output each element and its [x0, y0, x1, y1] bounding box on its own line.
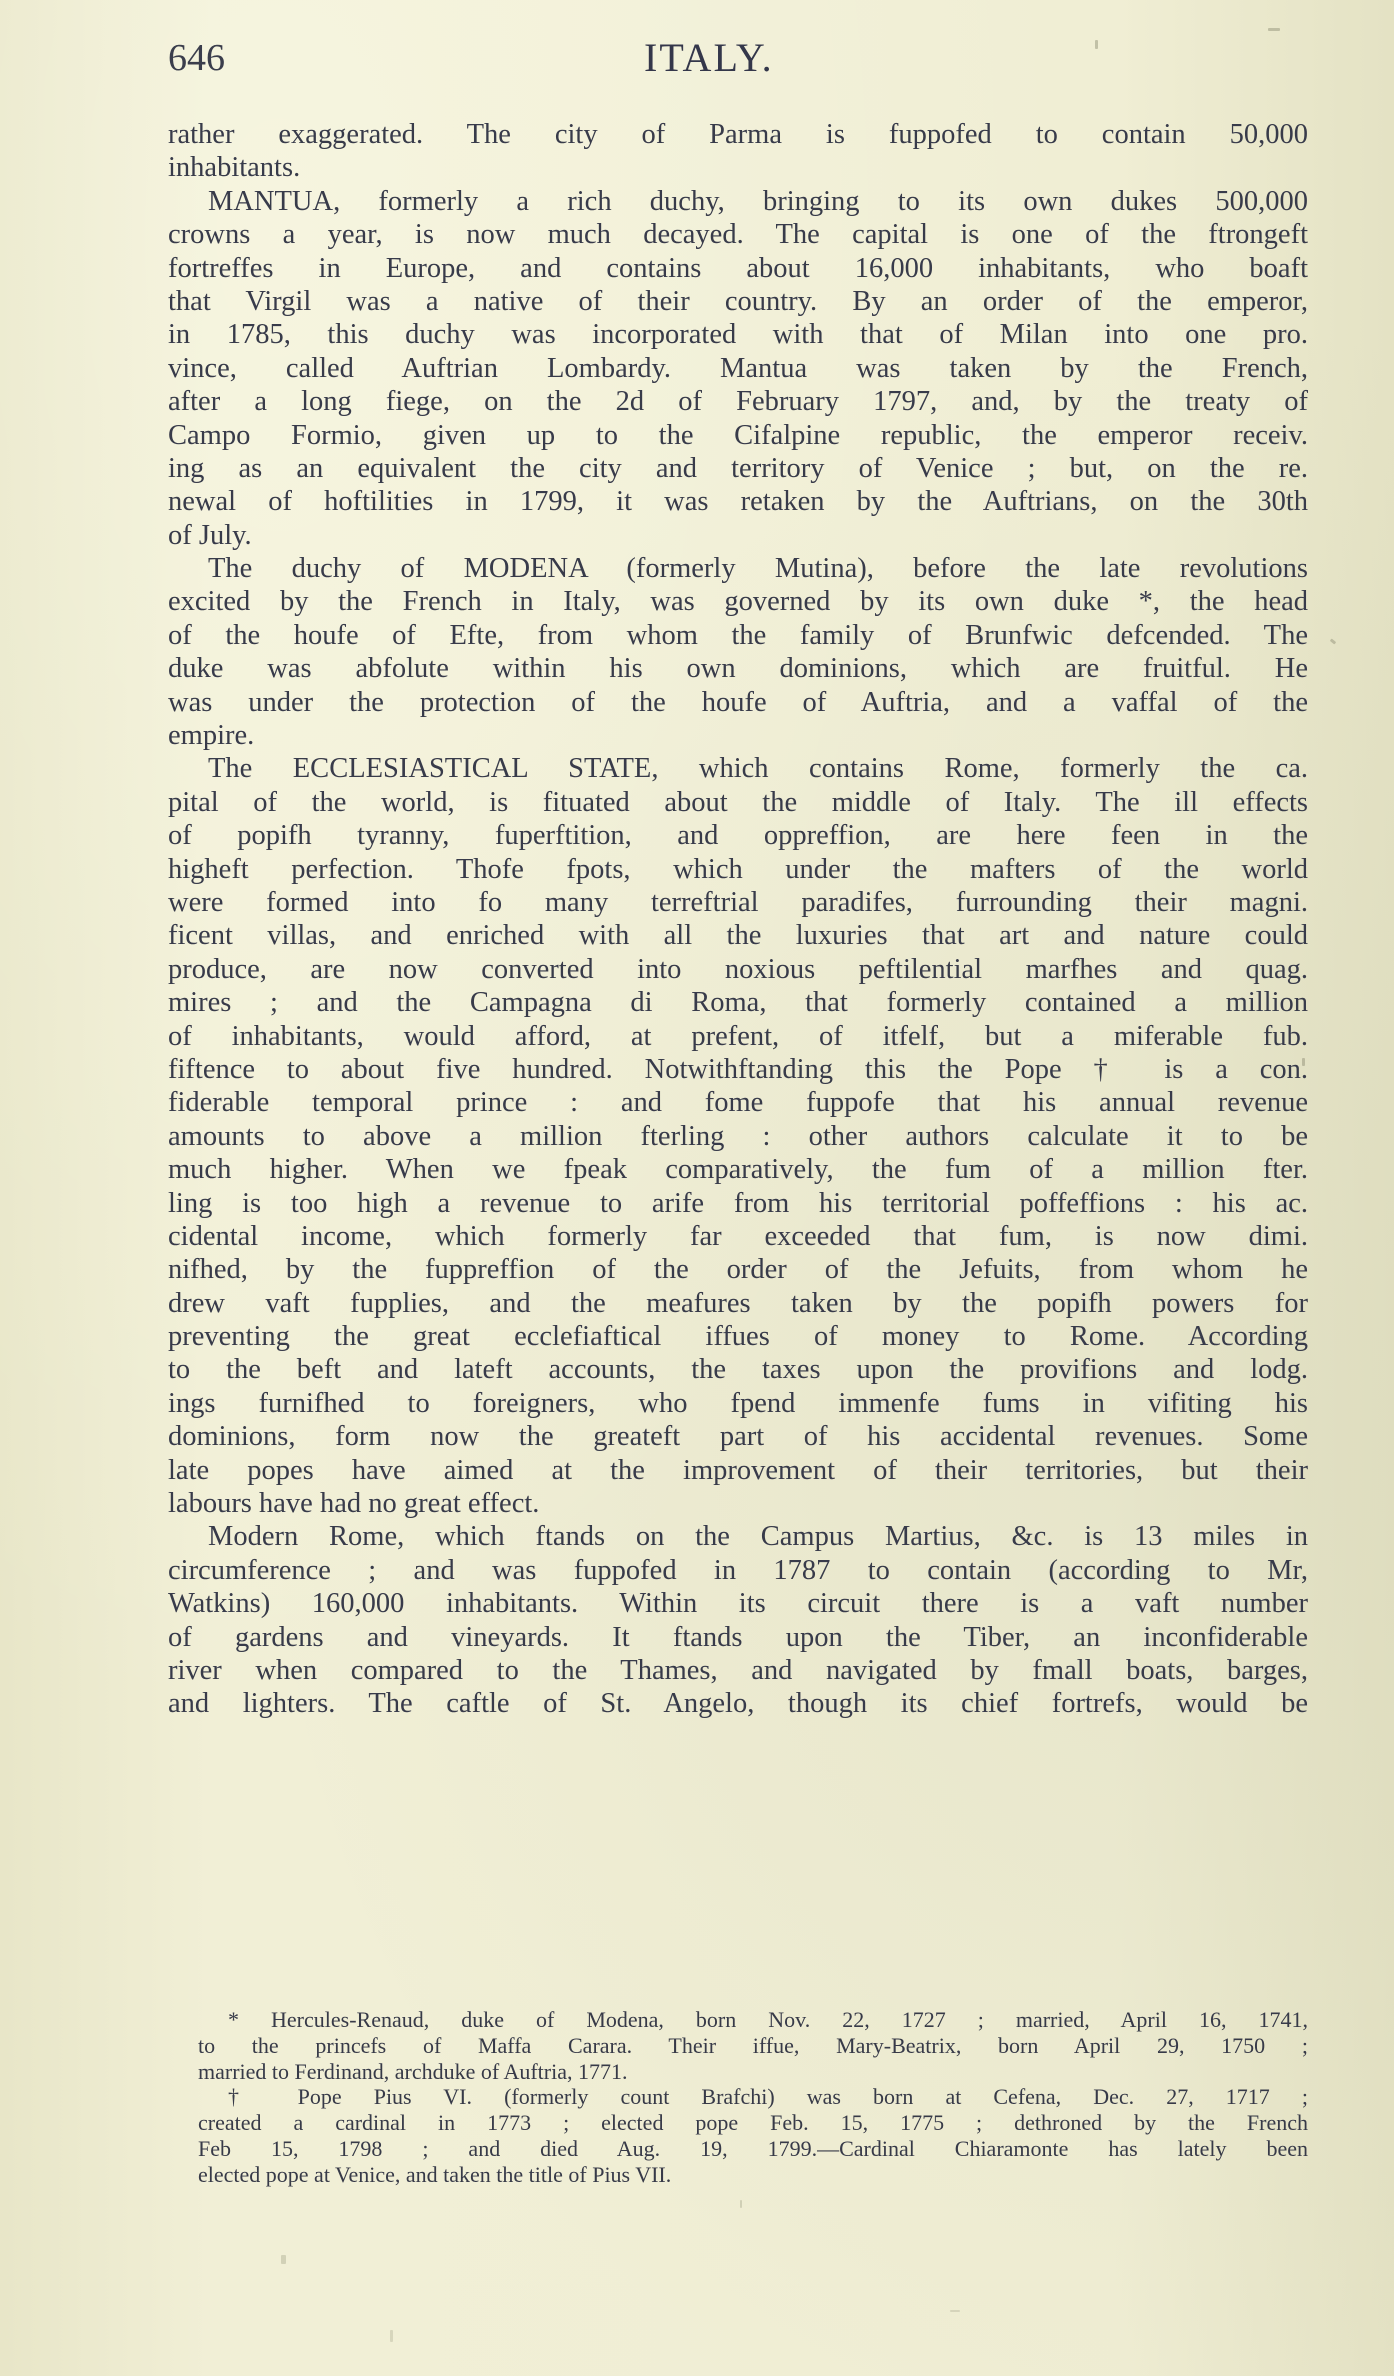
text-line: higheft perfection. Thofe fpots, which u…	[168, 853, 1308, 886]
footnote-line: † Pope Pius VI. (formerly count Brafchi)…	[198, 2084, 1308, 2110]
text-line: dominions, form now the greateft part of…	[168, 1420, 1308, 1453]
running-title: ITALY.	[644, 34, 774, 81]
text-line: The ECCLESIASTICAL STATE, which contains…	[168, 752, 1308, 785]
text-line: ing as an equivalent the city and territ…	[168, 452, 1308, 485]
footnote-line: to the princefs of Maffa Carara. Their i…	[198, 2033, 1308, 2059]
text-line: to the beft and lateft accounts, the tax…	[168, 1353, 1308, 1386]
text-line: river when compared to the Thames, and n…	[168, 1654, 1308, 1687]
paper-speck	[390, 2330, 393, 2342]
text-line: of July.	[168, 519, 1308, 552]
paper-speck	[1095, 40, 1098, 49]
footnote-line: * Hercules-Renaud, duke of Modena, born …	[198, 2007, 1308, 2033]
text-line: were formed into fo many terreftrial par…	[168, 886, 1308, 919]
text-line: vince, called Auftrian Lombardy. Mantua …	[168, 352, 1308, 385]
text-line: ings furnifhed to foreigners, who fpend …	[168, 1387, 1308, 1420]
text-line: newal of hoftilities in 1799, it was ret…	[168, 485, 1308, 518]
text-line: ficent villas, and enriched with all the…	[168, 919, 1308, 952]
footnotes: * Hercules-Renaud, duke of Modena, born …	[198, 2007, 1308, 2188]
text-line: The duchy of MODENA (formerly Mutina), b…	[168, 552, 1308, 585]
text-line: and lighters. The caftle of St. Angelo, …	[168, 1687, 1308, 1720]
text-line: fortreffes in Europe, and contains about…	[168, 252, 1308, 285]
text-line: of popifh tyranny, fuperftition, and opp…	[168, 819, 1308, 852]
paper-speck	[1302, 1058, 1305, 1066]
paper-speck	[740, 2200, 742, 2208]
text-line: late popes have aimed at the improvement…	[168, 1454, 1308, 1487]
text-line: fiftence to about five hundred. Notwithf…	[168, 1053, 1308, 1086]
text-line: much higher. When we fpeak comparatively…	[168, 1153, 1308, 1186]
text-line: circumference ; and was fuppofed in 1787…	[168, 1554, 1308, 1587]
text-line: amounts to above a million fterling : ot…	[168, 1120, 1308, 1153]
text-line: produce, are now converted into noxious …	[168, 953, 1308, 986]
text-line: crowns a year, is now much decayed. The …	[168, 218, 1308, 251]
text-line: MANTUA, formerly a rich duchy, bringing …	[168, 185, 1308, 218]
text-line: of the houfe of Efte, from whom the fami…	[168, 619, 1308, 652]
text-line: that Virgil was a native of their countr…	[168, 285, 1308, 318]
footnote-line: married to Ferdinand, archduke of Auftri…	[198, 2059, 1308, 2085]
footnote-line: created a cardinal in 1773 ; elected pop…	[198, 2110, 1308, 2136]
text-line: pital of the world, is fituated about th…	[168, 786, 1308, 819]
page-number: 646	[168, 36, 225, 80]
text-line: inhabitants.	[168, 151, 1308, 184]
text-line: was under the protection of the houfe of…	[168, 686, 1308, 719]
text-line: preventing the great ecclefiaftical iffu…	[168, 1320, 1308, 1353]
paper-speck	[1268, 28, 1280, 31]
paper-speck	[950, 2310, 960, 2312]
text-line: fiderable temporal prince : and fome fup…	[168, 1086, 1308, 1119]
text-line: drew vaft fupplies, and the meafures tak…	[168, 1287, 1308, 1320]
text-line: rather exaggerated. The city of Parma is…	[168, 118, 1308, 151]
text-line: excited by the French in Italy, was gove…	[168, 585, 1308, 618]
text-line: Modern Rome, which ftands on the Campus …	[168, 1520, 1308, 1553]
text-line: empire.	[168, 719, 1308, 752]
text-line: of inhabitants, would afford, at prefent…	[168, 1020, 1308, 1053]
paper-speck	[281, 2255, 286, 2264]
text-line: nifhed, by the fuppreffion of the order …	[168, 1253, 1308, 1286]
text-line: duke was abfolute within his own dominio…	[168, 652, 1308, 685]
text-line: in 1785, this duchy was incorporated wit…	[168, 318, 1308, 351]
running-head: 646 ITALY.	[168, 30, 1308, 90]
text-line: labours have had no great effect.	[168, 1487, 1308, 1520]
footnote-line: elected pope at Venice, and taken the ti…	[198, 2162, 1308, 2188]
text-line: Watkins) 160,000 inhabitants. Within its…	[168, 1587, 1308, 1620]
text-line: of gardens and vineyards. It ftands upon…	[168, 1621, 1308, 1654]
body-text: rather exaggerated. The city of Parma is…	[168, 118, 1308, 1721]
text-line: Campo Formio, given up to the Cifalpine …	[168, 419, 1308, 452]
footnote-line: Feb 15, 1798 ; and died Aug. 19, 1799.—C…	[198, 2136, 1308, 2162]
text-line: ling is too high a revenue to arife from…	[168, 1187, 1308, 1220]
text-line: after a long fiege, on the 2d of Februar…	[168, 385, 1308, 418]
text-line: cidental income, which formerly far exce…	[168, 1220, 1308, 1253]
paper-speck	[1330, 638, 1337, 644]
text-line: mires ; and the Campagna di Roma, that f…	[168, 986, 1308, 1019]
